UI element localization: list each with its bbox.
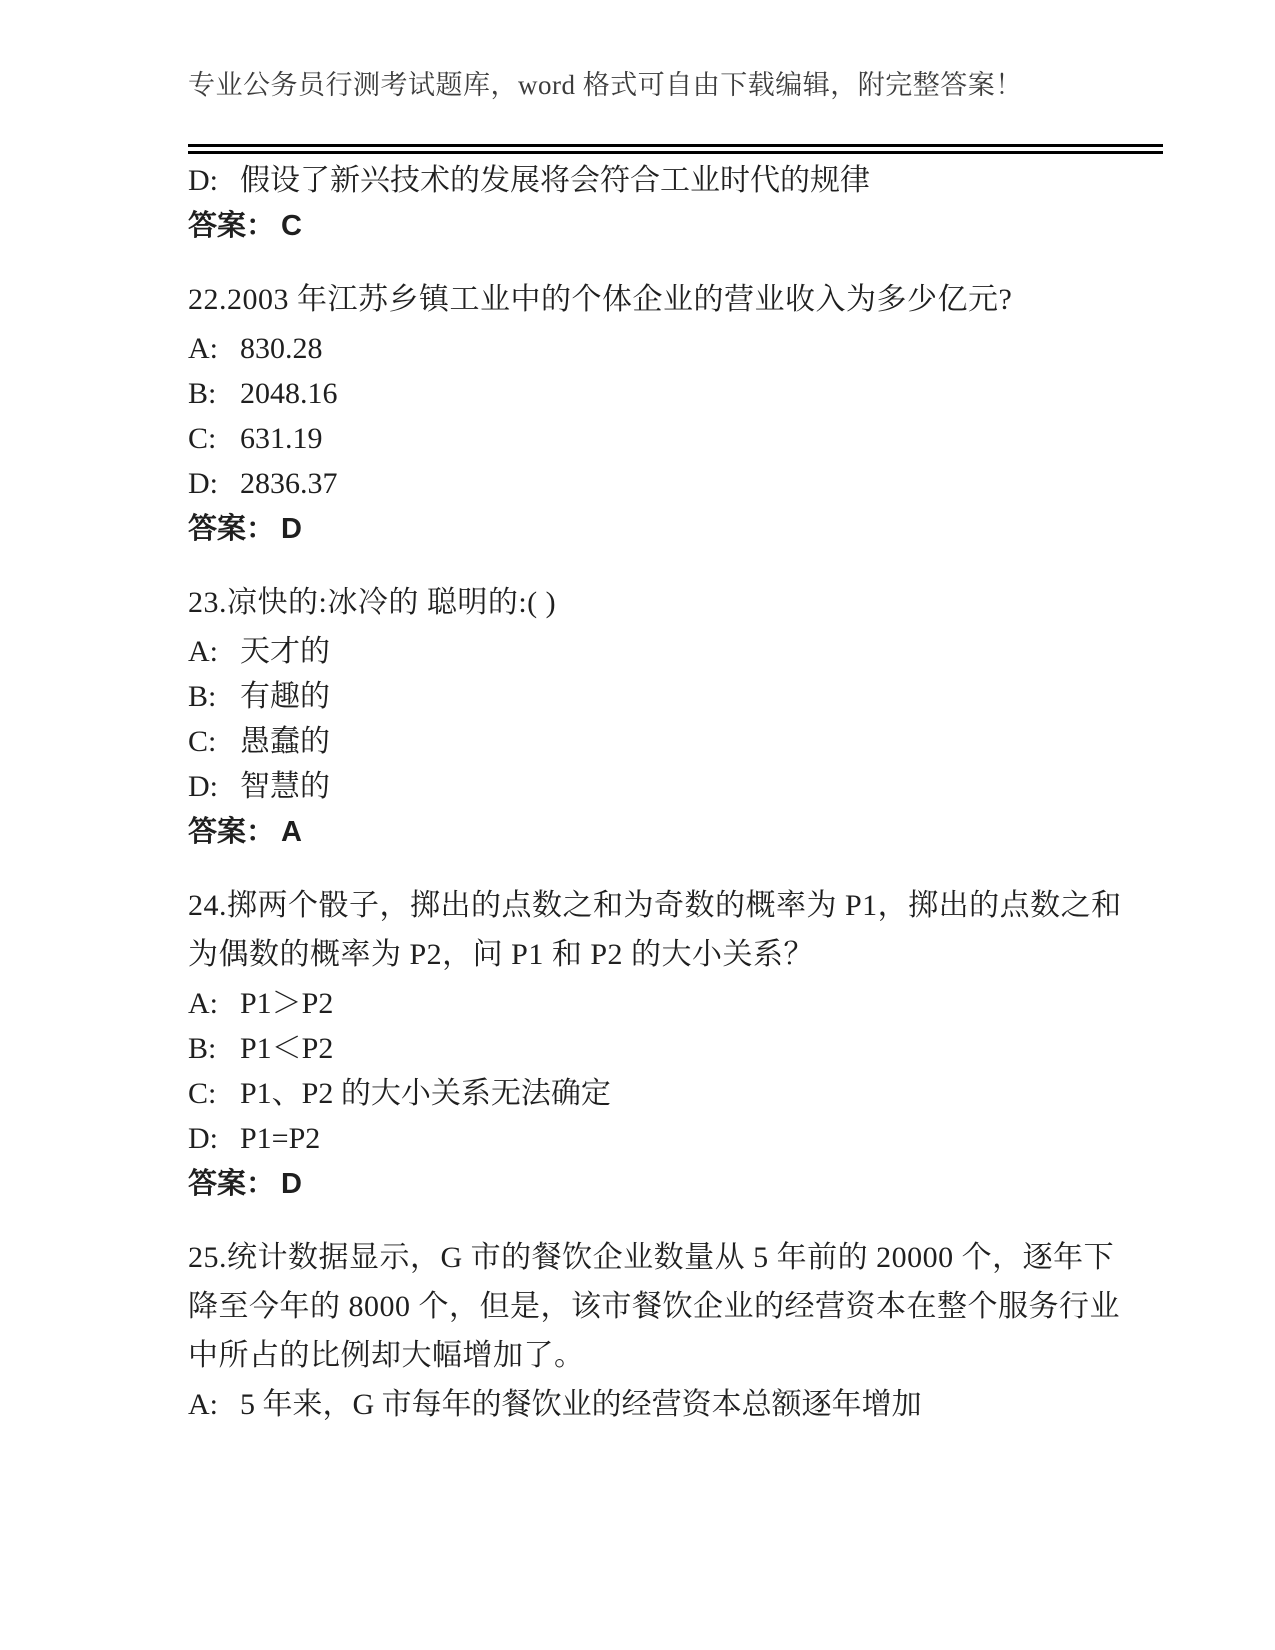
option-text: P1=P2 [240,1122,320,1155]
option-letter: B: [188,1030,240,1068]
header-notice: 专业公务员行测考试题库，word 格式可自由下载编辑，附完整答案！ [188,66,1185,104]
option-b: B:P1＜P2 [188,1030,1185,1068]
option-text: 830.28 [240,332,323,365]
option-text: 5 年来，G 市每年的餐饮业的经营资本总额逐年增加 [240,1388,922,1421]
answer-line: 答案：D [188,1165,1185,1203]
answer-value: D [281,513,302,545]
answer-label: 答案： [188,513,275,545]
answer-label: 答案： [188,1168,275,1200]
option-c: C:P1、P2 的大小关系无法确定 [188,1075,1185,1113]
option-a: A:5 年来，G 市每年的餐饮业的经营资本总额逐年增加 [188,1386,1185,1424]
question-stem-line-2: 为偶数的概率为 P2，问 P1 和 P2 的大小关系？ [188,936,1185,974]
option-letter: C: [188,723,240,761]
option-d: D:2836.37 [188,465,1185,503]
option-letter: D: [188,162,240,200]
option-b: B:有趣的 [188,678,1185,716]
option-letter: D: [188,768,240,806]
answer-line: 答案：C [188,207,1185,245]
carryover-question: D:假设了新兴技术的发展将会符合工业时代的规律 答案：C [188,162,1185,245]
answer-line: 答案：D [188,510,1185,548]
option-a: A:P1＞P2 [188,985,1185,1023]
option-letter: A: [188,330,240,368]
question-stem: 22.2003 年江苏乡镇工业中的个体企业的营业收入为多少亿元? [188,281,1185,319]
answer-value: A [281,816,302,848]
option-a: A:830.28 [188,330,1185,368]
option-letter: C: [188,1075,240,1113]
option-text: P1＞P2 [240,987,333,1020]
option-text: 愚蠢的 [240,725,330,758]
option-text: P1＜P2 [240,1032,333,1065]
question-25: 25.统计数据显示，G 市的餐饮企业数量从 5 年前的 20000 个，逐年下 … [188,1239,1185,1424]
option-text: P1、P2 的大小关系无法确定 [240,1077,611,1110]
option-c: C:631.19 [188,420,1185,458]
option-text: 2836.37 [240,467,338,500]
option-letter: B: [188,678,240,716]
option-letter: A: [188,985,240,1023]
answer-label: 答案： [188,210,275,242]
header-rule [188,144,1163,154]
option-d: D:P1=P2 [188,1120,1185,1158]
option-a: A:天才的 [188,633,1185,671]
option-text: 假设了新兴技术的发展将会符合工业时代的规律 [240,164,870,197]
answer-value: C [281,210,302,242]
question-stem: 23.凉快的:冰冷的 聪明的:( ) [188,584,1185,622]
option-letter: A: [188,1386,240,1424]
question-stem-line-1: 24.掷两个骰子，掷出的点数之和为奇数的概率为 P1，掷出的点数之和 [188,887,1185,925]
question-stem-line-3: 中所占的比例却大幅增加了。 [188,1337,1185,1375]
option-text: 2048.16 [240,377,338,410]
answer-value: D [281,1168,302,1200]
option-letter: B: [188,375,240,413]
question-stem-line-2: 降至今年的 8000 个，但是，该市餐饮企业的经营资本在整个服务行业 [188,1288,1185,1326]
option-d: D:假设了新兴技术的发展将会符合工业时代的规律 [188,162,1185,200]
question-23: 23.凉快的:冰冷的 聪明的:( ) A:天才的 B:有趣的 C:愚蠢的 D:智… [188,584,1185,851]
option-d: D:智慧的 [188,768,1185,806]
option-text: 631.19 [240,422,323,455]
answer-line: 答案：A [188,813,1185,851]
document-page: 专业公务员行测考试题库，word 格式可自由下载编辑，附完整答案！ D:假设了新… [0,0,1275,1650]
option-b: B:2048.16 [188,375,1185,413]
option-letter: D: [188,1120,240,1158]
question-24: 24.掷两个骰子，掷出的点数之和为奇数的概率为 P1，掷出的点数之和 为偶数的概… [188,887,1185,1203]
option-letter: D: [188,465,240,503]
option-text: 有趣的 [240,680,330,713]
question-22: 22.2003 年江苏乡镇工业中的个体企业的营业收入为多少亿元? A:830.2… [188,281,1185,548]
option-letter: A: [188,633,240,671]
option-c: C:愚蠢的 [188,723,1185,761]
option-letter: C: [188,420,240,458]
option-text: 天才的 [240,635,330,668]
answer-label: 答案： [188,816,275,848]
question-stem-line-1: 25.统计数据显示，G 市的餐饮企业数量从 5 年前的 20000 个，逐年下 [188,1239,1185,1277]
page-content: 专业公务员行测考试题库，word 格式可自由下载编辑，附完整答案！ D:假设了新… [0,0,1275,1424]
option-text: 智慧的 [240,770,330,803]
